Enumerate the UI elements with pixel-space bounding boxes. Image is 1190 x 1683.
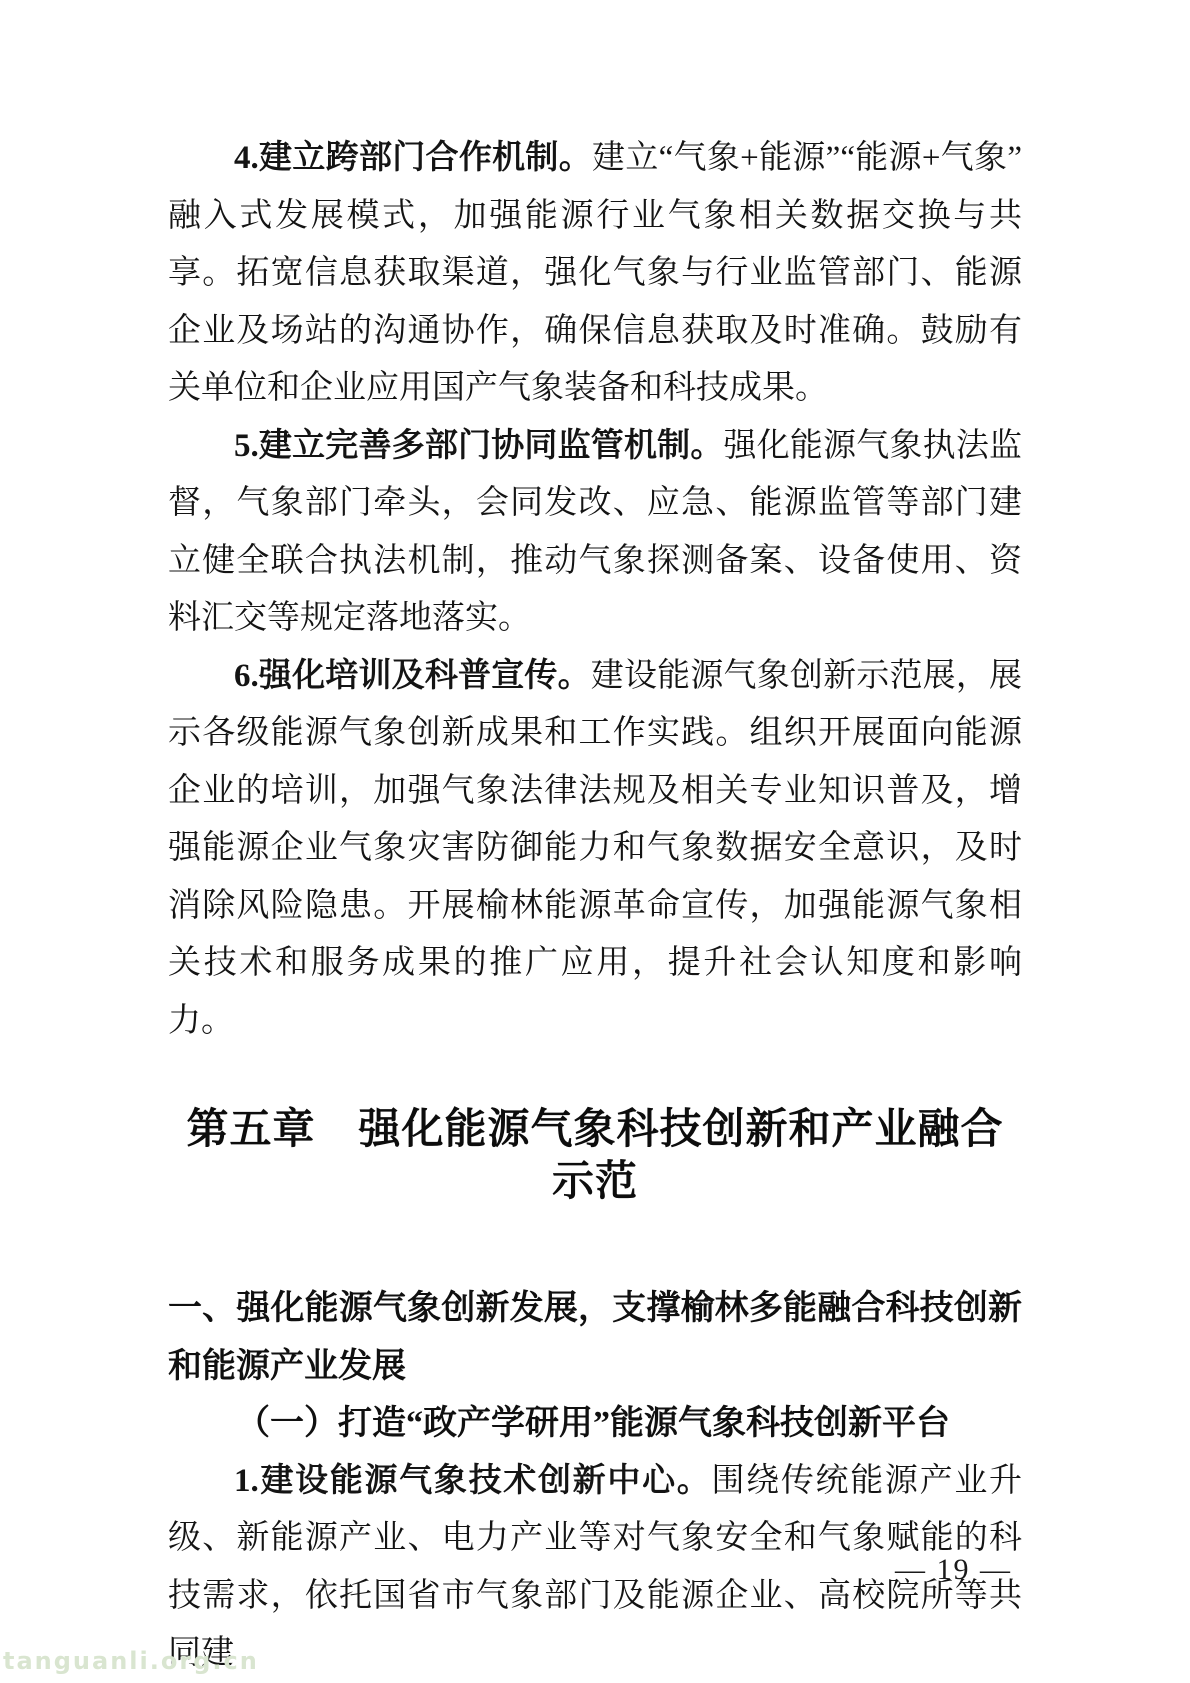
document-body: 4.建立跨部门合作机制。建立“气象+能源”“能源+气象”融入式发展模式，加强能源…	[168, 130, 1022, 1683]
paragraph-5-lead: 5.建立完善多部门协同监管机制。	[234, 428, 724, 464]
section-heading: 一、强化能源气象创新发展，支撑榆林多能融合科技创新和能源产业发展	[168, 1280, 1022, 1395]
paragraph-item-6: 6.强化培训及科普宣传。建设能源气象创新示范展，展示各级能源气象创新成果和工作实…	[168, 648, 1022, 1051]
paragraph-item-1: 1.建设能源气象技术创新中心。围绕传统能源产业升级、新能源产业、电力产业等对气象…	[168, 1453, 1022, 1683]
paragraph-6-text: 建设能源气象创新示范展，展示各级能源气象创新成果和工作实践。组织开展面向能源企业…	[168, 658, 1022, 1039]
page-number: — 19 —	[895, 1552, 1012, 1588]
paragraph-item-4: 4.建立跨部门合作机制。建立“气象+能源”“能源+气象”融入式发展模式，加强能源…	[168, 130, 1022, 418]
chapter-heading: 第五章 强化能源气象科技创新和产业融合示范	[168, 1104, 1022, 1208]
subsection-heading: （一）打造“政产学研用”能源气象科技创新平台	[168, 1395, 1022, 1453]
paragraph-4-lead: 4.建立跨部门合作机制。	[234, 140, 592, 176]
watermark: tanguanli.org.cn	[3, 1646, 259, 1676]
paragraph-4-text: 建立“气象+能源”“能源+气象”融入式发展模式，加强能源行业气象相关数据交换与共…	[168, 140, 1022, 406]
paragraph-1-lead: 1.建设能源气象技术创新中心。	[234, 1463, 711, 1499]
document-page: 4.建立跨部门合作机制。建立“气象+能源”“能源+气象”融入式发展模式，加强能源…	[0, 0, 1190, 1683]
paragraph-6-lead: 6.强化培训及科普宣传。	[234, 658, 591, 694]
paragraph-item-5: 5.建立完善多部门协同监管机制。强化能源气象执法监督，气象部门牵头，会同发改、应…	[168, 418, 1022, 648]
